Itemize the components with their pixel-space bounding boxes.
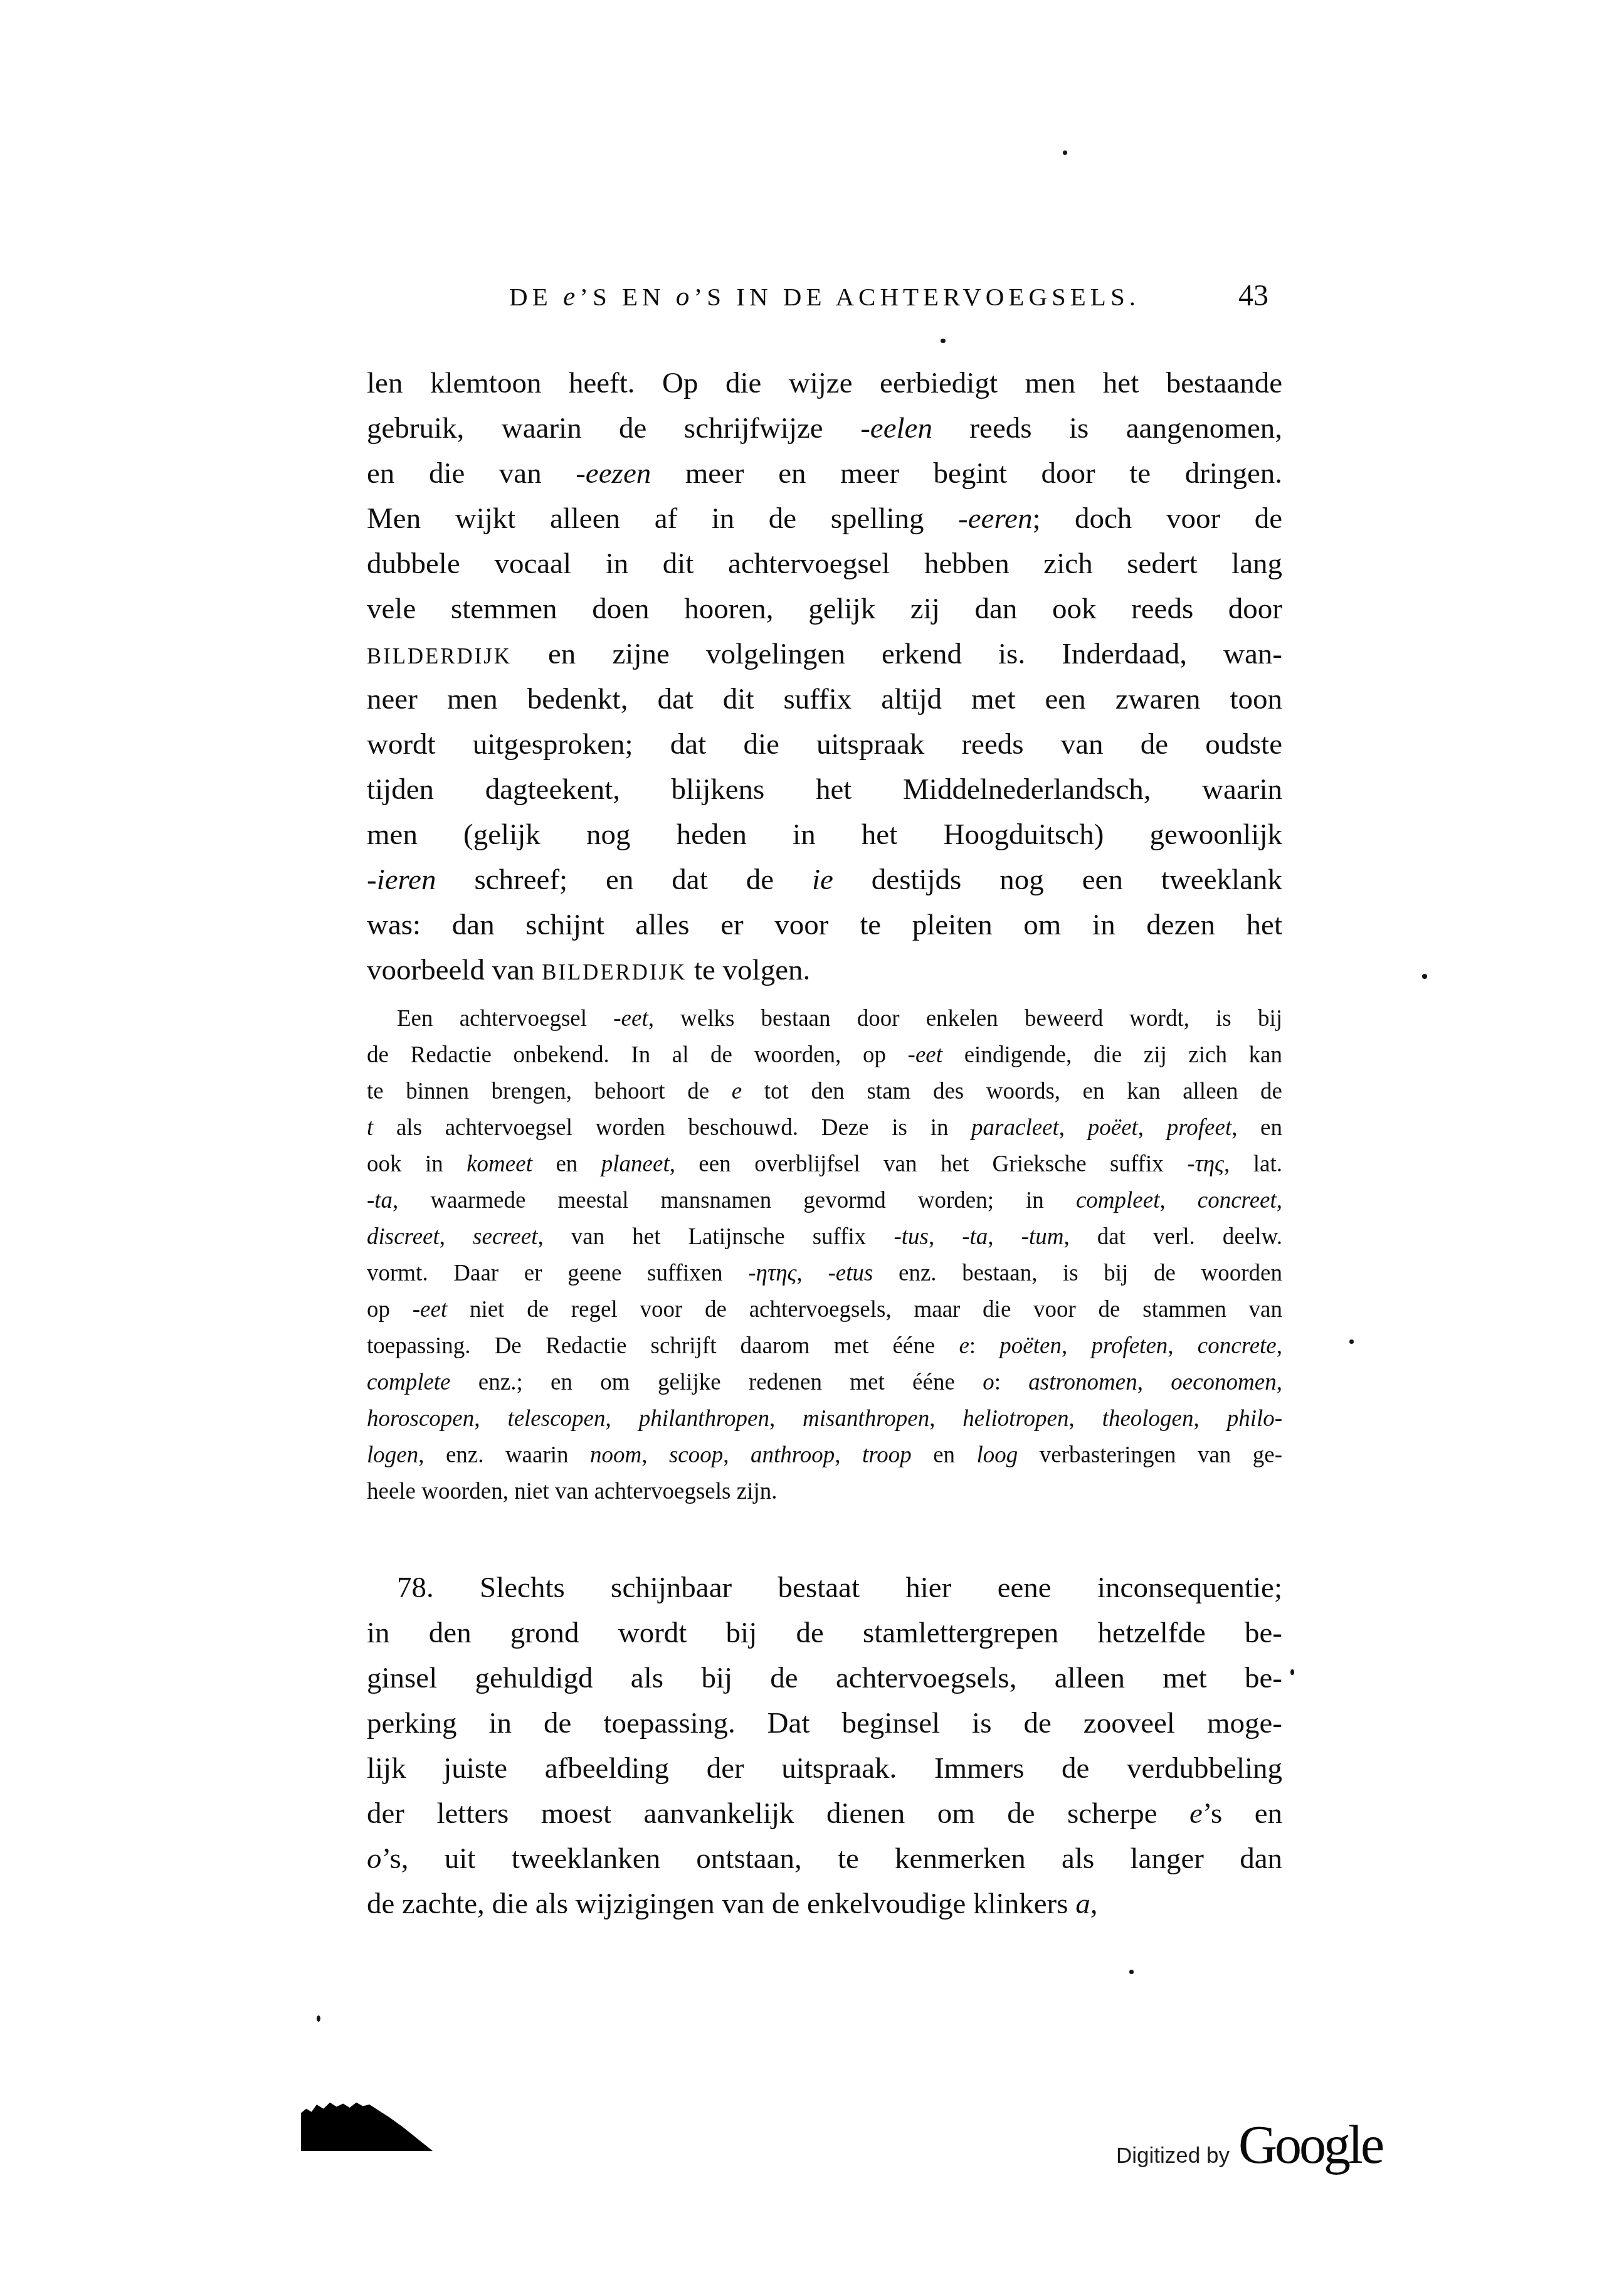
text-segment: loog — [977, 1442, 1018, 1468]
text-segment: reeds is aangenomen, — [932, 412, 1282, 445]
text-segment: , — [474, 1406, 507, 1432]
text-segment: profeten — [1091, 1333, 1168, 1359]
text-segment: , — [1277, 1333, 1282, 1359]
text-segment: noom — [590, 1442, 641, 1468]
text-line: len klemtoon heeft. Op die wijze eerbied… — [367, 361, 1282, 406]
text-segment: o — [983, 1370, 994, 1395]
text-segment: heele woorden, niet van achtervoegsels z… — [367, 1479, 777, 1504]
text-segment: meer en meer begint door te dringen. — [651, 457, 1282, 490]
text-line: tijden dagteekent, blijkens het Middelne… — [367, 767, 1282, 812]
text-segment: wordt uitgesproken; dat die uitspraak re… — [367, 728, 1282, 761]
text-segment: , — [1194, 1406, 1227, 1432]
text-segment: -eezen — [576, 457, 651, 490]
text-segment: poëet — [1088, 1115, 1138, 1141]
text-segment: , en — [1231, 1115, 1282, 1141]
text-segment: enz. bestaan, is bij de woorden — [873, 1260, 1282, 1286]
text-segment: -ta — [962, 1224, 988, 1250]
text-segment: anthroop — [751, 1442, 835, 1468]
text-segment: , — [1159, 1188, 1197, 1213]
text-segment: neer men bedenkt, dat dit suffix altijd … — [367, 683, 1282, 716]
text-segment: en — [912, 1442, 977, 1468]
text-segment: -eet — [908, 1042, 942, 1068]
text-segment: , — [1277, 1370, 1282, 1395]
text-segment: a — [1075, 1888, 1090, 1920]
text-line: vele stemmen doen hooren, gelijk zij dan… — [367, 586, 1282, 631]
text-segment: , — [641, 1442, 669, 1468]
text-line: ginsel gehuldigd als bij de achtervoegse… — [367, 1656, 1282, 1701]
text-segment: , — [929, 1224, 962, 1250]
text-line: was: dan schijnt alles er voor te pleite… — [367, 902, 1282, 948]
text-segment: ; doch voor de — [1032, 502, 1282, 535]
text-line: 78. Slechts schijnbaar bestaat hier eene… — [367, 1565, 1282, 1610]
text-segment: komeet — [467, 1151, 532, 1177]
text-line: -ta, waarmede meestal mansnamen gevormd … — [367, 1183, 1282, 1219]
text-line: neer men bedenkt, dat dit suffix altijd … — [367, 677, 1282, 722]
text-segment: o — [676, 282, 694, 312]
text-segment: , — [929, 1406, 962, 1432]
text-line: Een achtervoegsel -eet, welks bestaan do… — [367, 1001, 1282, 1037]
text-segment: , — [1090, 1888, 1098, 1920]
text-segment: , — [1069, 1406, 1102, 1432]
text-segment: , — [1277, 1188, 1282, 1213]
text-segment: scoop — [669, 1442, 723, 1468]
text-segment: : — [969, 1333, 999, 1359]
text-segment: dubbele vocaal in dit achtervoegsel hebb… — [367, 547, 1282, 580]
text-segment: verbasteringen van ge- — [1018, 1442, 1282, 1468]
scan-speck — [941, 339, 946, 343]
text-segment: secreet — [473, 1224, 537, 1250]
text-segment: e — [732, 1079, 742, 1104]
text-segment: , enz. waarin — [418, 1442, 590, 1468]
text-segment: , een overblijfsel van het Grieksche suf… — [670, 1151, 1187, 1177]
text-segment: -eet — [613, 1006, 648, 1032]
text-segment: ’s, uit tweeklanken ontstaan, te kenmerk… — [382, 1842, 1283, 1875]
text-segment: paracleet — [971, 1115, 1059, 1141]
text-line: gebruik, waarin de schrijfwijze -eelen r… — [367, 406, 1282, 451]
text-segment: -ieren — [367, 864, 436, 896]
text-segment: , — [1059, 1115, 1088, 1141]
text-segment: concreet — [1198, 1188, 1277, 1213]
text-segment: Men wijkt alleen af in de spelling — [367, 502, 958, 535]
text-line: heele woorden, niet van achtervoegsels z… — [367, 1474, 1282, 1510]
text-segment: -tum — [1021, 1224, 1064, 1250]
text-line: vormt. Daar er geene suffixen -ητης, -et… — [367, 1255, 1282, 1292]
text-segment: oeconomen — [1171, 1370, 1277, 1395]
scan-speck — [317, 2015, 320, 2022]
text-line: in den grond wordt bij de stamlettergrep… — [367, 1610, 1282, 1656]
text-segment: concrete — [1198, 1333, 1277, 1359]
text-segment: heliotropen — [962, 1406, 1068, 1432]
text-segment: e — [959, 1333, 969, 1359]
text-segment: logen — [367, 1442, 418, 1468]
text-segment: -etus — [828, 1260, 873, 1286]
text-segment: planeet — [601, 1151, 670, 1177]
digitized-by-label: Digitized by — [1116, 2143, 1230, 2168]
text-line: voorbeeld van BILDERDIJK te volgen. — [367, 948, 1282, 993]
scan-speck — [1290, 1669, 1294, 1675]
text-segment: , — [723, 1442, 751, 1468]
text-segment: , welks bestaan door enkelen beweerd wor… — [648, 1006, 1282, 1032]
text-line: dubbele vocaal in dit achtervoegsel hebb… — [367, 541, 1282, 586]
text-line: ook in komeet en planeet, een overblijfs… — [367, 1146, 1282, 1183]
scanned-page: DE e’S EN o’S IN DE ACHTERVOEGSELS. 43 l… — [0, 0, 1624, 2287]
text-line: perking in de toepassing. Dat beginsel i… — [367, 1701, 1282, 1746]
text-segment: schreef; en dat de — [436, 864, 811, 896]
text-segment: op — [367, 1297, 413, 1323]
text-segment: , van het Latijnsche suffix — [537, 1224, 894, 1250]
text-line: complete enz.; en om gelijke redenen met… — [367, 1365, 1282, 1401]
text-segment: -ta — [367, 1188, 393, 1213]
google-wordmark: Google — [1238, 2113, 1382, 2176]
text-segment: troop — [862, 1442, 912, 1468]
text-segment: 78. Slechts schijnbaar bestaat hier eene… — [397, 1571, 1282, 1604]
text-segment: ’S EN — [579, 282, 676, 311]
text-line: der letters moest aanvankelijk dienen om… — [367, 1791, 1282, 1836]
text-segment: ’s en — [1203, 1797, 1282, 1830]
text-line: toepassing. De Redactie schrijft daarom … — [367, 1328, 1282, 1365]
text-segment: profeet — [1167, 1115, 1231, 1141]
text-segment: ’S IN DE ACHTERVOEGSELS. — [694, 282, 1140, 311]
text-segment: , — [1062, 1333, 1091, 1359]
text-segment: perking in de toepassing. Dat beginsel i… — [367, 1707, 1282, 1740]
ink-blob-artifact — [301, 2098, 433, 2151]
text-segment: , — [797, 1260, 828, 1286]
text-segment: horoscopen — [367, 1406, 474, 1432]
text-segment: niet de regel voor de achtervoegsels, ma… — [447, 1297, 1282, 1323]
text-segment: : — [994, 1370, 1029, 1395]
text-segment: compleet — [1076, 1188, 1160, 1213]
text-segment: de Redactie onbekend. In al de woorden, … — [367, 1042, 908, 1068]
text-line: t als achtervoegsel worden beschouwd. De… — [367, 1110, 1282, 1146]
text-segment: lijk juiste afbeelding der uitspraak. Im… — [367, 1752, 1282, 1785]
text-segment: tot den stam des woords, en kan alleen d… — [742, 1079, 1282, 1104]
text-segment: te volgen. — [687, 954, 810, 986]
text-segment: , dat verl. deelw. — [1063, 1224, 1282, 1250]
text-line: wordt uitgesproken; dat die uitspraak re… — [367, 722, 1282, 767]
text-segment: en zijne volgelingen erkend is. Inderdaa… — [512, 638, 1282, 670]
text-segment: , waarmede meestal mansnamen gevormd wor… — [393, 1188, 1076, 1213]
text-line: men (gelijk nog heden in het Hoogduitsch… — [367, 812, 1282, 857]
text-segment: eindigende, die zij zich kan — [942, 1042, 1282, 1068]
text-segment: philo- — [1227, 1406, 1282, 1432]
text-segment: , lat. — [1224, 1151, 1282, 1177]
text-segment: , — [769, 1406, 803, 1432]
text-segment: discreet — [367, 1224, 440, 1250]
text-line: horoscopen, telescopen, philanthropen, m… — [367, 1401, 1282, 1437]
text-segment: len klemtoon heeft. Op die wijze eerbied… — [367, 367, 1282, 399]
text-segment: theologen — [1102, 1406, 1194, 1432]
text-segment: , — [988, 1224, 1021, 1250]
text-line: de zachte, die als wijzigingen van de en… — [367, 1881, 1282, 1926]
text-segment: o — [367, 1842, 382, 1875]
scan-speck — [1129, 1970, 1134, 1974]
text-line: o’s, uit tweeklanken ontstaan, te kenmer… — [367, 1836, 1282, 1881]
text-line: lijk juiste afbeelding der uitspraak. Im… — [367, 1746, 1282, 1791]
text-segment: -eelen — [860, 412, 932, 445]
text-segment: philanthropen — [639, 1406, 769, 1432]
text-segment: BILDERDIJK — [542, 960, 687, 985]
text-segment: vormt. Daar er geene suffixen — [367, 1260, 748, 1286]
scan-speck — [1063, 151, 1067, 155]
text-line: de Redactie onbekend. In al de woorden, … — [367, 1037, 1282, 1074]
text-segment: en die van — [367, 457, 576, 490]
text-segment: destijds nog een tweeklank — [833, 864, 1282, 896]
text-line: BILDERDIJK en zijne volgelingen erkend i… — [367, 631, 1282, 677]
text-segment: , — [1138, 1115, 1167, 1141]
text-line: en die van -eezen meer en meer begint do… — [367, 451, 1282, 496]
text-segment: e — [1189, 1797, 1203, 1830]
text-segment: der letters moest aanvankelijk dienen om… — [367, 1797, 1189, 1830]
text-segment: , — [606, 1406, 639, 1432]
text-line: Men wijkt alleen af in de spelling -eere… — [367, 496, 1282, 541]
text-segment: BILDERDIJK — [367, 644, 512, 668]
text-segment: als achtervoegsel worden beschouwd. Deze… — [373, 1115, 971, 1141]
text-segment: -eet — [413, 1297, 447, 1323]
text-segment: , — [440, 1224, 473, 1250]
text-segment: tijden dagteekent, blijkens het Middelne… — [367, 773, 1282, 806]
text-segment: complete — [367, 1370, 451, 1395]
text-line: op -eet niet de regel voor de achtervoeg… — [367, 1292, 1282, 1328]
text-segment: t — [367, 1115, 373, 1141]
text-segment: de zachte, die als wijzigingen van de en… — [367, 1888, 1075, 1920]
text-line: -ieren schreef; en dat de ie destijds no… — [367, 857, 1282, 902]
text-segment: , — [1168, 1333, 1197, 1359]
text-segment: ginsel gehuldigd als bij de achtervoegse… — [367, 1662, 1282, 1694]
text-segment: Een achtervoegsel — [397, 1006, 613, 1032]
text-segment: ook in — [367, 1151, 467, 1177]
text-segment: -eeren — [958, 502, 1032, 535]
text-segment: telescopen — [507, 1406, 605, 1432]
text-segment: was: dan schijnt alles er voor te pleite… — [367, 909, 1282, 941]
digitization-footer: Digitized by Google — [1116, 2113, 1382, 2176]
text-segment: enz.; en om gelijke redenen met ééne — [451, 1370, 983, 1395]
page-number: 43 — [1238, 278, 1268, 313]
text-segment: en — [532, 1151, 601, 1177]
text-segment: , — [835, 1442, 862, 1468]
scan-speck — [1422, 974, 1427, 979]
text-segment: DE — [509, 282, 563, 311]
text-segment: -της — [1187, 1151, 1224, 1177]
text-segment: men (gelijk nog heden in het Hoogduitsch… — [367, 818, 1282, 851]
text-line: discreet, secreet, van het Latijnsche su… — [367, 1219, 1282, 1255]
text-segment: e — [563, 282, 579, 312]
text-segment: voorbeeld van — [367, 954, 542, 986]
text-line: logen, enz. waarin noom, scoop, anthroop… — [367, 1437, 1282, 1474]
text-segment: poëten — [999, 1333, 1062, 1359]
text-segment: in den grond wordt bij de stamlettergrep… — [367, 1617, 1282, 1649]
editorial-note: Een achtervoegsel -eet, welks bestaan do… — [367, 1001, 1282, 1510]
body-paragraph-continuation: len klemtoon heeft. Op die wijze eerbied… — [367, 361, 1282, 993]
text-segment: vele stemmen doen hooren, gelijk zij dan… — [367, 593, 1282, 625]
text-segment: gebruik, waarin de schrijfwijze — [367, 412, 860, 445]
running-header: DE e’S EN o’S IN DE ACHTERVOEGSELS. 43 — [367, 281, 1282, 325]
text-segment: toepassing. De Redactie schrijft daarom … — [367, 1333, 959, 1359]
text-segment: misanthropen — [803, 1406, 929, 1432]
page-title: DE e’S EN o’S IN DE ACHTERVOEGSELS. — [367, 281, 1282, 312]
section-78-paragraph: 78. Slechts schijnbaar bestaat hier eene… — [367, 1565, 1282, 1926]
text-segment: ie — [812, 864, 833, 896]
scan-speck — [1349, 1339, 1354, 1344]
text-segment: , — [1137, 1370, 1171, 1395]
text-segment: te binnen brengen, behoort de — [367, 1079, 732, 1104]
text-line: te binnen brengen, behoort de e tot den … — [367, 1074, 1282, 1110]
text-segment: astronomen — [1028, 1370, 1137, 1395]
text-segment: -ητης — [748, 1260, 796, 1286]
text-segment: -tus — [894, 1224, 929, 1250]
